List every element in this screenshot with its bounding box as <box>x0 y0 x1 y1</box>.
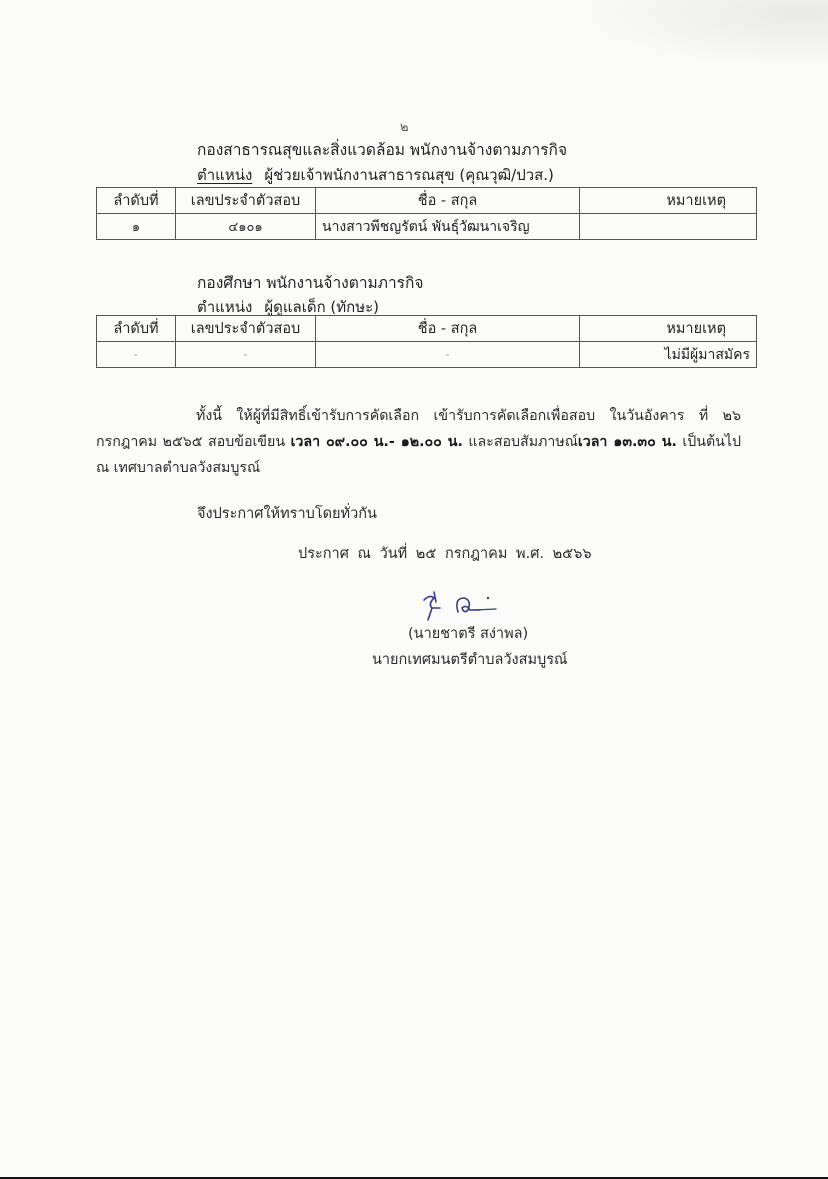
section1-title: กองสาธารณสุขและสิ่งแวดล้อม พนักงานจ้างตา… <box>197 137 567 162</box>
table-row: - - - ไม่มีผู้มาสมัคร <box>97 342 757 368</box>
notice-text-2: และสอบสัมภาษณ์ <box>463 434 578 450</box>
col-header-no: ลำดับที่ <box>97 188 176 214</box>
cell-no: - <box>97 342 176 368</box>
page-number: ๒ <box>400 116 409 137</box>
notice-paragraph: ทั้งนี้ ให้ผู้ที่มีสิทธิ์เข้ารับการคัดเล… <box>96 403 741 481</box>
col-header-name: ชื่อ - สกุล <box>316 188 580 214</box>
section2-title: กองศึกษา พนักงานจ้างตามภารกิจ <box>197 270 423 295</box>
col-header-remark: หมายเหตุ <box>580 188 757 214</box>
announce-line: จึงประกาศให้ทราบโดยทั่วกัน <box>197 502 377 525</box>
paper-shadow <box>568 0 828 70</box>
table-header-row: ลำดับที่ เลขประจำตัวสอบ ชื่อ - สกุล หมาย… <box>97 188 757 214</box>
announce-date: ประกาศ ณ วันที่ ๒๕ กรกฎาคม พ.ศ. ๒๕๖๖ <box>298 542 592 565</box>
cell-remark: ไม่มีผู้มาสมัคร <box>580 342 757 368</box>
section1-position: ตำแหน่งผู้ช่วยเจ้าพนักงานสาธารณสุข (คุณว… <box>197 163 554 187</box>
col-header-exam-id: เลขประจำตัวสอบ <box>176 188 316 214</box>
col-header-remark: หมายเหตุ <box>580 316 757 342</box>
written-exam-time: เวลา ๐๙.๐๐ น.- ๑๒.๐๐ น. <box>291 434 463 450</box>
section1-table: ลำดับที่ เลขประจำตัวสอบ ชื่อ - สกุล หมาย… <box>96 187 757 240</box>
cell-name: นางสาวพีชญรัตน์ พันธุ์วัฒนาเจริญ <box>316 214 580 240</box>
cell-exam-id: ๔๑๐๑ <box>176 214 316 240</box>
position-value: ผู้ดูแลเด็ก (ทักษะ) <box>264 298 379 316</box>
signer-name: (นายชาตรี สง่าพล) <box>408 622 528 645</box>
signer-title: นายกเทศมนตรีตำบลวังสมบูรณ์ <box>372 648 567 671</box>
col-header-exam-id: เลขประจำตัวสอบ <box>176 316 316 342</box>
cell-exam-id: - <box>176 342 316 368</box>
cell-no: ๑ <box>97 214 176 240</box>
position-label: ตำแหน่ง <box>197 166 264 184</box>
table-header-row: ลำดับที่ เลขประจำตัวสอบ ชื่อ - สกุล หมาย… <box>97 316 757 342</box>
position-label: ตำแหน่ง <box>197 298 264 316</box>
col-header-name: ชื่อ - สกุล <box>316 316 580 342</box>
interview-time: เวลา ๑๓.๓๐ น. <box>578 434 677 450</box>
cell-remark <box>580 214 757 240</box>
position-value: ผู้ช่วยเจ้าพนักงานสาธารณสุข (คุณวุฒิ/ปวส… <box>264 166 554 184</box>
section2-table: ลำดับที่ เลขประจำตัวสอบ ชื่อ - สกุล หมาย… <box>96 315 757 368</box>
signature-icon <box>418 588 508 624</box>
cell-name: - <box>316 342 580 368</box>
table-row: ๑ ๔๑๐๑ นางสาวพีชญรัตน์ พันธุ์วัฒนาเจริญ <box>97 214 757 240</box>
col-header-no: ลำดับที่ <box>97 316 176 342</box>
